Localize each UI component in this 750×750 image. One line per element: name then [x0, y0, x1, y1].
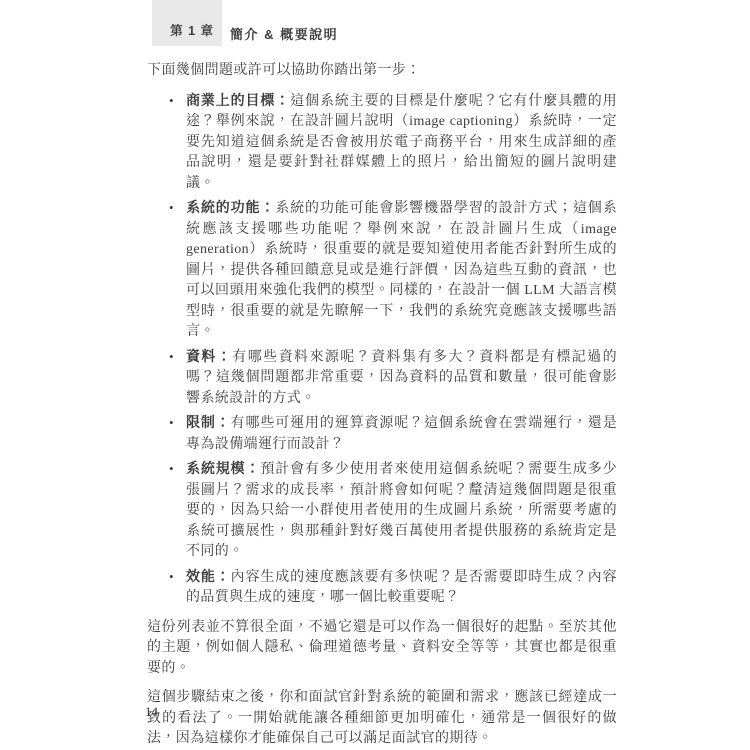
bullet-item: •系統的功能：系統的功能可能會影響機器學習的設計方式；這個系統應該支援哪些功能呢…: [147, 199, 617, 343]
intro-paragraph: 下面幾個問題或許可以協助你踏出第一步：: [147, 61, 617, 82]
bullet-term: 系統規模：: [186, 462, 260, 477]
bullet-marker: •: [169, 413, 174, 434]
bullet-text: 內容生成的速度應該要有多快呢？是否需要即時生成？內容的品質與生成的速度，哪一個比…: [186, 570, 617, 606]
chapter-title: 簡介 & 概要說明: [230, 24, 338, 43]
bullet-item: •資料：有哪些資料來源呢？資料集有多大？資料都是有標記過的嗎？這幾個問題都非常重…: [147, 348, 617, 410]
bullet-text: 系統的功能可能會影響機器學習的設計方式；這個系統應該支援哪些功能呢？舉例來說，在…: [186, 201, 617, 339]
bullet-item: •限制：有哪些可運用的運算資源呢？這個系統會在雲端運行，還是專為設備端運行而設計…: [147, 414, 617, 455]
bullet-text: 有哪些可運用的運算資源呢？這個系統會在雲端運行，還是專為設備端運行而設計？: [186, 416, 617, 452]
body-paragraph: 這個步驟結束之後，你和面試官針對系統的範圍和需求，應該已經達成一致的看法了。一開…: [147, 688, 617, 750]
page-body: 下面幾個問題或許可以協助你踏出第一步： •商業上的目標：這個系統主要的目標是什麼…: [147, 61, 617, 750]
bullet-text: 有哪些資料來源呢？資料集有多大？資料都是有標記過的嗎？這幾個問題都非常重要，因為…: [186, 350, 617, 406]
bullet-term: 效能：: [186, 570, 231, 585]
bullet-marker: •: [169, 347, 174, 368]
bullet-item: •效能：內容生成的速度應該要有多快呢？是否需要即時生成？內容的品質與生成的速度，…: [147, 568, 617, 609]
bullet-item: •系統規模：預計會有多少使用者來使用這個系統呢？需要生成多少張圖片？需求的成長率…: [147, 460, 617, 563]
bullet-term: 商業上的目標：: [186, 94, 290, 109]
chapter-number-box: 第 1 章: [152, 0, 222, 46]
bullet-marker: •: [169, 198, 174, 219]
bullet-term: 資料：: [186, 350, 232, 365]
body-paragraph: 這份列表並不算很全面，不過它還是可以作為一個很好的起點。至於其他的主題，例如個人…: [147, 618, 617, 680]
bullet-item: •商業上的目標：這個系統主要的目標是什麼呢？它有什麼具體的用途？舉例來說，在設計…: [147, 92, 617, 195]
chapter-number-label: 第 1 章: [170, 21, 214, 39]
page-number: 14: [145, 704, 158, 720]
bullet-marker: •: [169, 91, 174, 112]
bullet-list: •商業上的目標：這個系統主要的目標是什麼呢？它有什麼具體的用途？舉例來說，在設計…: [147, 92, 617, 609]
bullet-term: 限制：: [186, 416, 231, 431]
bullet-marker: •: [169, 459, 174, 480]
bullet-marker: •: [169, 567, 174, 588]
bullet-term: 系統的功能：: [186, 201, 275, 216]
